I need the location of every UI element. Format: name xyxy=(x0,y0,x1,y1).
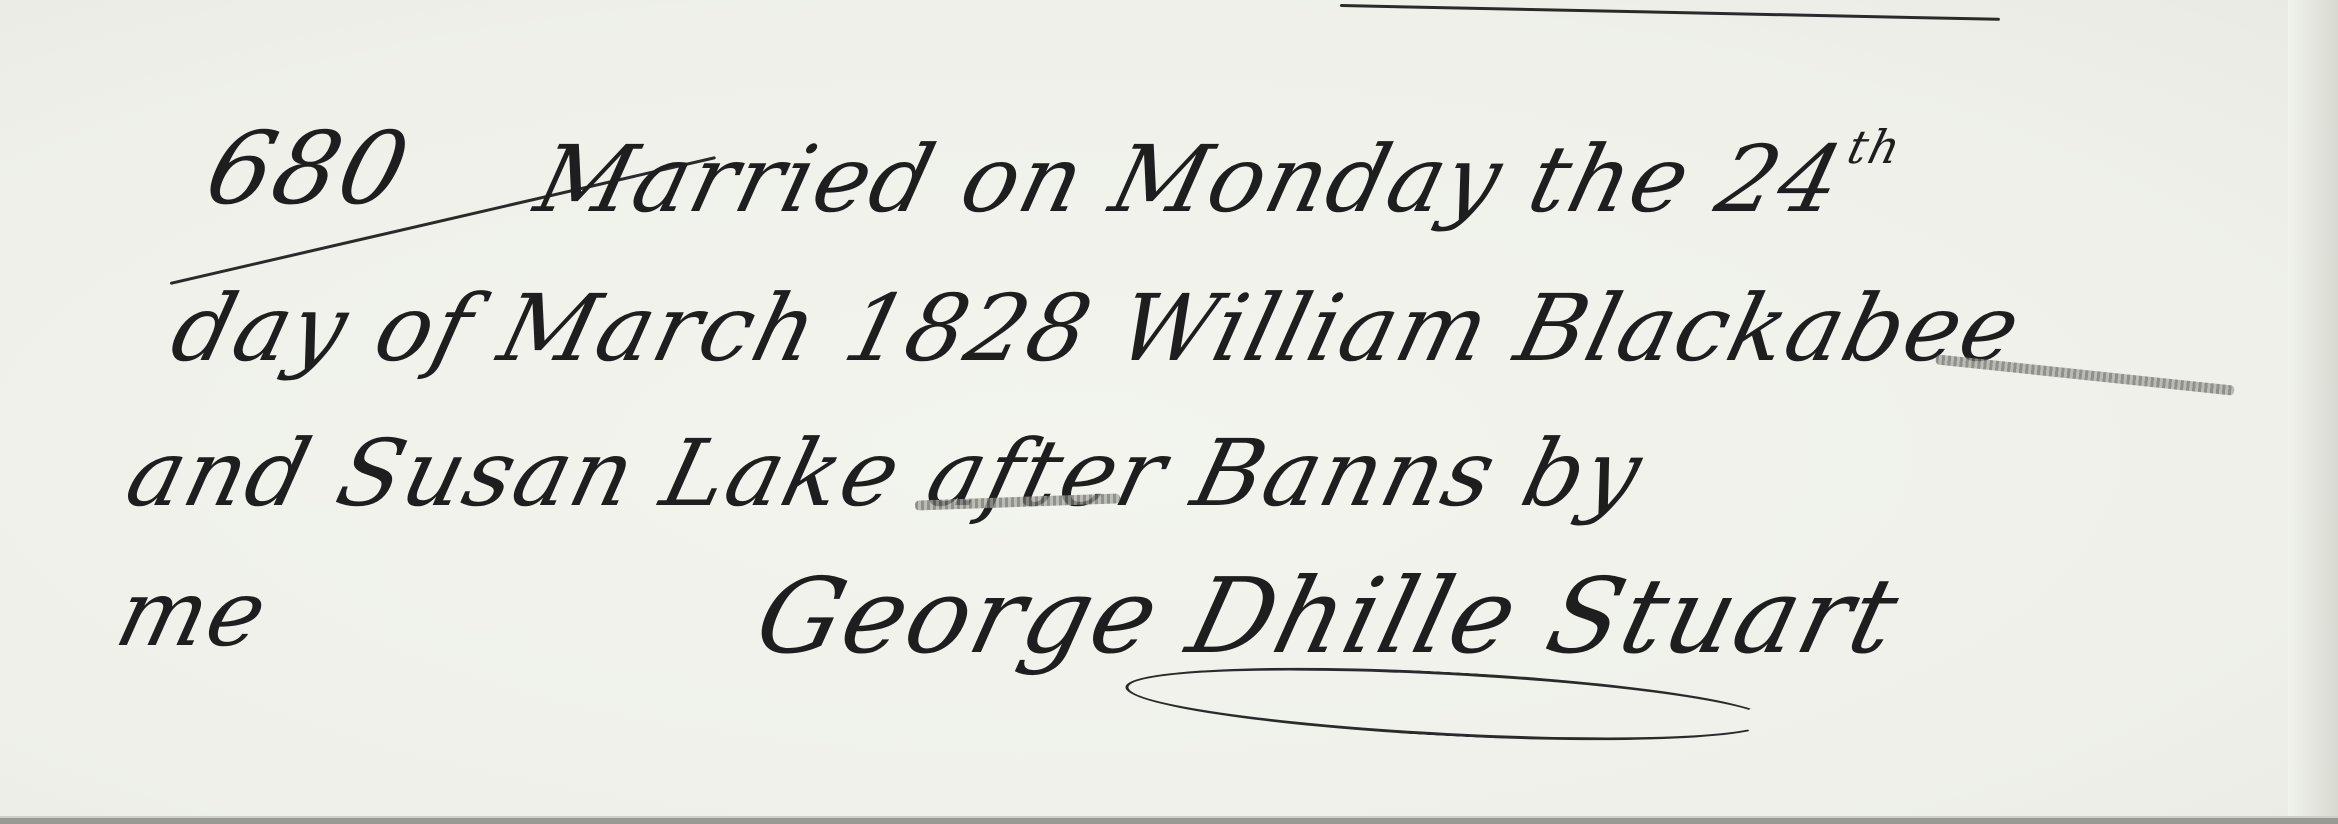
page-edge-shadow xyxy=(2288,0,2338,824)
entry-line-1-text: Married on Monday the 24 xyxy=(526,126,1854,233)
officiant-signature: George Dhille Stuart xyxy=(745,555,1912,677)
entry-line-4: me xyxy=(107,560,279,667)
page-bottom-edge xyxy=(0,816,2338,824)
entry-line-2: day of March 1828 William Blackabee xyxy=(162,275,2033,382)
entry-number: 680 xyxy=(195,110,421,227)
entry-line-1: Married on Monday the 24th xyxy=(526,120,1908,233)
entry-line-3: and Susan Lake after Banns by xyxy=(117,420,1654,527)
